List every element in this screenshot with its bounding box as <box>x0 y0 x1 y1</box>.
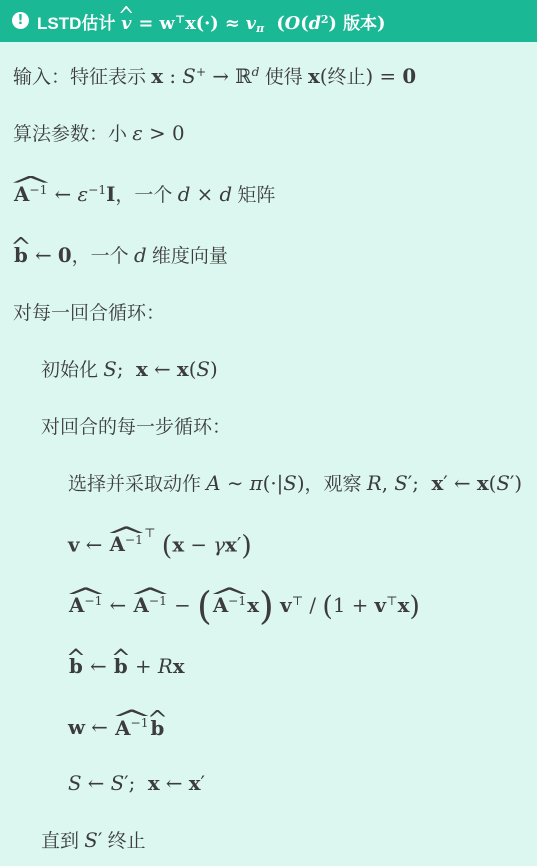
math-token: x <box>177 357 189 381</box>
math-token: x <box>308 64 320 88</box>
math-token: −1 <box>149 594 167 608</box>
math-token: ，一个 <box>115 185 177 206</box>
math-token: ′ ← <box>443 472 477 495</box>
math-token: ← <box>103 594 132 617</box>
widehat: A−1 <box>109 526 144 557</box>
superscript: −1 <box>84 595 102 608</box>
hat-icon <box>120 6 132 13</box>
math-token: v <box>246 13 256 34</box>
math-token: R <box>158 655 173 678</box>
hat-body: A−1 <box>14 185 47 206</box>
hat-icon <box>13 176 48 183</box>
math-token: π <box>256 22 264 35</box>
big-paren: ) <box>259 584 274 628</box>
math-token: S <box>394 472 408 495</box>
hat-body: A−1 <box>134 596 167 617</box>
algorithm-line-9: v ← A−1⊤ (x − γx′) <box>13 526 525 558</box>
math-token: ← <box>85 717 114 740</box>
math-token: v <box>121 13 131 34</box>
algorithm-line-11: b ← b + Rx <box>13 648 525 679</box>
widehat: b <box>113 648 129 679</box>
superscript: 2 <box>321 14 329 26</box>
hat-body: b <box>14 246 28 267</box>
math-token: 2 <box>321 13 329 26</box>
math-token: S <box>84 829 98 852</box>
widehat: b <box>13 237 29 268</box>
math-token: b <box>69 654 83 678</box>
superscript: −1 <box>130 717 148 730</box>
math-token: x <box>431 471 443 495</box>
math-token: ← <box>48 183 77 206</box>
superscript: −1 <box>29 184 47 197</box>
math-token: : <box>163 65 182 88</box>
math-token: / <box>303 594 322 617</box>
algorithm-body: 输入：特征表示 x : S+ → ℝd 使得 x(终止) = 0算法参数：小 ε… <box>0 42 537 866</box>
big-paren: ( <box>197 584 212 628</box>
math-token: ′; <box>124 772 148 795</box>
algorithm-line-10: A−1 ← A−1 − (A−1x) v⊤ / (1 + v⊤x) <box>13 587 525 618</box>
widehat: v <box>120 6 132 34</box>
math-token: x <box>148 771 160 795</box>
big-paren: ) <box>241 530 252 561</box>
hat-body: v <box>121 14 131 33</box>
math-token: ← <box>84 655 113 678</box>
math-token: ⊤ <box>144 526 156 540</box>
math-token: ε <box>78 183 89 206</box>
math-token: → ℝ <box>206 65 252 88</box>
math-token: x <box>477 471 489 495</box>
math-token: 维度向量 <box>147 246 228 267</box>
math-token: w <box>160 13 175 34</box>
widehat: A−1 <box>212 587 247 618</box>
math-token: A <box>134 593 149 617</box>
hat-body: b <box>69 657 83 678</box>
math-token: ← <box>148 358 177 381</box>
algorithm-line-12: w ← A−1b <box>13 709 525 740</box>
math-token: A <box>69 593 84 617</box>
hat-body: b <box>151 719 165 740</box>
math-token: 对每一回合循环： <box>13 303 165 324</box>
superscript: ⊤ <box>386 595 398 608</box>
algorithm-line-2: 算法参数：小 ε > 0 <box>13 119 525 146</box>
superscript: −1 <box>125 534 143 547</box>
math-token: ← <box>79 533 108 556</box>
math-token: S <box>111 772 125 795</box>
math-token: x <box>151 64 163 88</box>
superscript: −1 <box>149 595 167 608</box>
math-token: = <box>132 13 159 34</box>
math-token: 终止 <box>328 67 366 88</box>
math-token: ′ <box>201 772 205 795</box>
math-token: −1 <box>228 594 246 608</box>
math-token: 选择并采取动作 <box>68 474 206 495</box>
math-token: x <box>185 13 196 34</box>
math-token: A <box>110 532 125 556</box>
hat-body: A−1 <box>110 535 143 556</box>
algorithm-line-3: A−1 ← ε−1I，一个 d × d 矩阵 <box>13 176 525 207</box>
widehat: A−1 <box>114 709 149 740</box>
math-token: − <box>168 594 197 617</box>
superscript: −1 <box>228 595 246 608</box>
math-token: + <box>129 655 158 678</box>
math-token: A <box>206 472 220 495</box>
math-token: O <box>285 13 300 34</box>
math-token: 1 + <box>333 594 375 617</box>
math-token: S <box>283 472 297 495</box>
math-token: ) <box>210 358 218 381</box>
algorithm-callout-card: ! LSTD估计 v = w⊤x(·) ≈ vπ (O(d2) 版本) 输入：特… <box>0 0 537 866</box>
math-token: v <box>280 593 291 617</box>
math-token: 算法参数：小 <box>13 124 132 145</box>
math-token: d <box>178 183 191 206</box>
algorithm-line-14: 直到 S′ 终止 <box>13 826 525 853</box>
math-token: 对回合的每一步循环： <box>41 417 231 438</box>
big-paren: ) <box>409 591 420 622</box>
math-token: ，一个 <box>72 246 134 267</box>
math-token: , <box>382 472 395 495</box>
math-token: x <box>173 654 185 678</box>
math-token: x <box>172 532 184 556</box>
math-token: x <box>225 532 237 556</box>
math-token: 终止 <box>102 831 145 852</box>
math-token: ′; <box>408 472 432 495</box>
math-token: b <box>14 243 28 267</box>
callout-title: LSTD估计 v = w⊤x(·) ≈ vπ (O(d2) 版本) <box>37 6 385 35</box>
math-token: ，观察 <box>305 474 367 495</box>
algorithm-line-7: 对回合的每一步循环： <box>13 412 525 439</box>
widehat: b <box>68 648 84 679</box>
math-token: R <box>367 472 382 495</box>
algorithm-line-8: 选择并采取动作 A ∼ π(·|S)，观察 R, S′; x′ ← x(S′) <box>13 469 525 496</box>
math-token: S <box>496 472 510 495</box>
math-token: + <box>196 65 206 79</box>
math-token: d <box>219 183 232 206</box>
algorithm-line-13: S ← S′; x ← x′ <box>13 771 525 796</box>
math-token: ) <box>297 472 305 495</box>
math-token: ∼ <box>221 472 250 495</box>
big-paren: ( <box>322 591 333 622</box>
math-token: d <box>309 13 321 34</box>
math-token: 0 <box>58 243 72 267</box>
math-token: π <box>250 472 263 495</box>
math-token: ; <box>117 358 136 381</box>
math-token: ⊤ <box>292 594 304 608</box>
math-token: b <box>151 716 165 740</box>
hat-body: A−1 <box>115 719 148 740</box>
math-token: 输入：特征表示 <box>13 67 151 88</box>
math-token: v <box>375 593 386 617</box>
hat-body: A−1 <box>69 596 102 617</box>
algorithm-line-4: b ← 0，一个 d 维度向量 <box>13 237 525 268</box>
math-token: 初始化 <box>41 360 103 381</box>
math-token: d <box>134 244 147 267</box>
math-token: ⊤ <box>175 13 186 26</box>
callout-header: ! LSTD估计 v = w⊤x(·) ≈ vπ (O(d2) 版本) <box>0 0 537 42</box>
superscript: ⊤ <box>144 527 156 540</box>
math-token: 直到 <box>41 831 84 852</box>
superscript: ⊤ <box>292 595 304 608</box>
math-token: ← <box>160 772 189 795</box>
math-token: v <box>68 532 79 556</box>
math-token: −1 <box>88 183 106 197</box>
math-token: A <box>14 182 29 206</box>
math-token: > 0 <box>143 122 185 145</box>
math-token: x <box>398 593 410 617</box>
math-token: ← <box>82 772 111 795</box>
math-token: 0 <box>402 64 416 88</box>
exclamation-circle-icon: ! <box>12 12 29 29</box>
math-token: w <box>68 716 85 740</box>
math-token: (·) ≈ <box>196 13 246 34</box>
math-token: (·| <box>263 472 284 495</box>
math-token: x <box>189 771 201 795</box>
math-token: 使得 <box>259 67 308 88</box>
superscript: ⊤ <box>175 14 186 26</box>
algorithm-line-1: 输入：特征表示 x : S+ → ℝd 使得 x(终止) = 0 <box>13 62 525 89</box>
math-token: ) <box>377 13 385 34</box>
hat-body: A−1 <box>213 596 246 617</box>
algorithm-line-5: 对每一回合循环： <box>13 298 525 325</box>
math-token: ( <box>264 13 285 34</box>
math-token: S <box>103 358 117 381</box>
math-token: 版本 <box>343 14 377 33</box>
hat-body: b <box>114 657 128 678</box>
math-token: b <box>114 654 128 678</box>
math-token: ⊤ <box>386 594 398 608</box>
math-token: ← <box>29 244 58 267</box>
math-token: A <box>213 593 228 617</box>
math-token: −1 <box>130 716 148 730</box>
subscript: π <box>256 23 264 35</box>
math-token: −1 <box>125 533 143 547</box>
big-paren: ( <box>162 530 173 561</box>
math-token: −1 <box>29 183 47 197</box>
math-token: ′) <box>510 472 522 495</box>
widehat: A−1 <box>13 176 48 207</box>
widehat: A−1 <box>133 587 168 618</box>
math-token: ) = <box>366 65 403 88</box>
math-token: S <box>182 65 196 88</box>
superscript: + <box>196 66 206 79</box>
math-token: 矩阵 <box>232 185 275 206</box>
math-token: A <box>115 716 130 740</box>
math-token: x <box>247 593 259 617</box>
superscript: −1 <box>88 184 106 197</box>
math-token: S <box>196 358 210 381</box>
widehat: b <box>150 710 166 741</box>
math-token: ) <box>329 13 344 34</box>
math-token: ε <box>132 122 143 145</box>
math-token: S <box>68 772 82 795</box>
math-token: − <box>184 533 213 556</box>
widehat: A−1 <box>68 587 103 618</box>
math-token: γ <box>213 533 225 556</box>
algorithm-line-6: 初始化 S; x ← x(S) <box>13 355 525 382</box>
math-token: x <box>136 357 148 381</box>
math-token: × <box>190 183 219 206</box>
math-token: LSTD估计 <box>37 14 120 33</box>
math-token: ( <box>300 13 308 34</box>
math-token: ( <box>320 65 328 88</box>
math-token: −1 <box>84 594 102 608</box>
